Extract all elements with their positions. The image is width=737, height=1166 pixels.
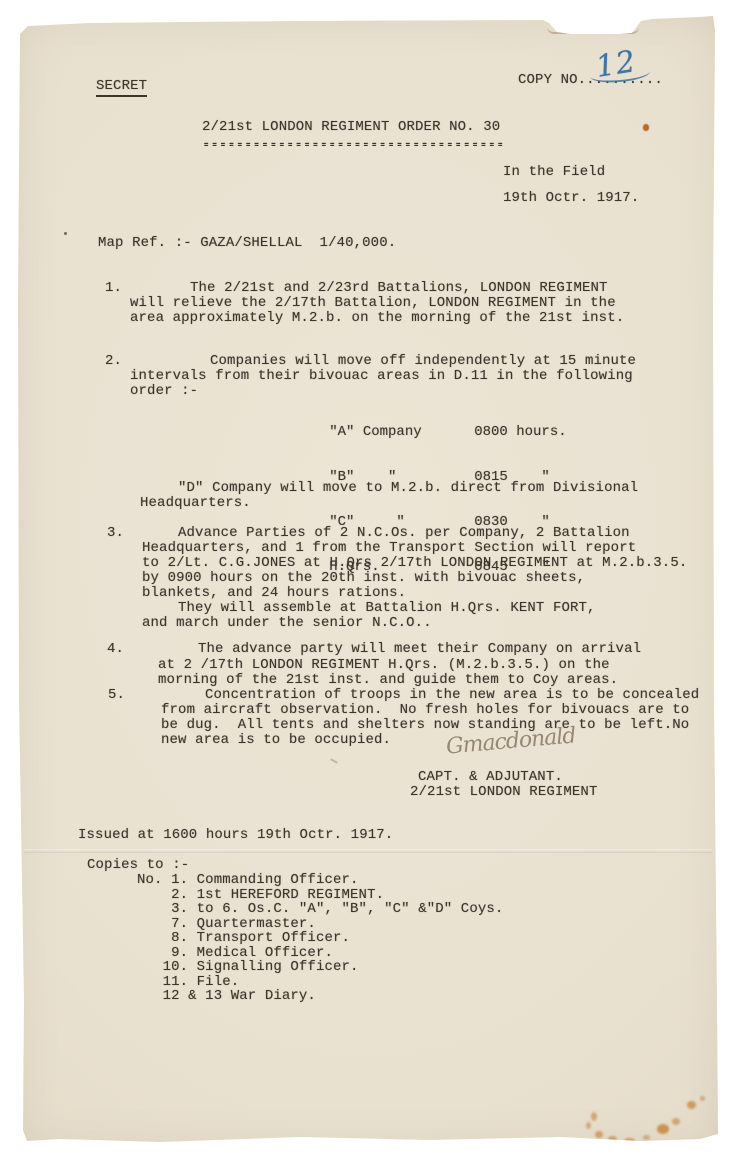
order-item-1: The 2/21st and 2/23rd Battalions, LONDON…	[130, 281, 624, 326]
copies-item: 9. Medical Officer.	[137, 946, 503, 961]
stain-dot	[700, 1096, 705, 1101]
classification-stamp: SECRET	[96, 79, 147, 97]
text-line: blankets, and 24 hours rations.	[142, 586, 687, 601]
copies-item: 12 & 13 War Diary.	[137, 989, 503, 1004]
map-reference: Map Ref. :- GAZA/SHELLAL 1/40,000.	[98, 236, 396, 251]
order-item-5: Concentration of troops in the new area …	[161, 688, 699, 748]
text-line: will relieve the 2/17th Battalion, LONDO…	[130, 296, 624, 311]
item-number: 1.	[105, 281, 122, 296]
copies-item: 7. Quartermaster.	[137, 917, 503, 932]
stain-dot	[624, 1138, 635, 1144]
item-number: 4.	[107, 642, 124, 657]
stain-dot	[591, 1112, 597, 1121]
fold-crease	[24, 849, 712, 853]
text-line: Companies will move off independently at…	[130, 354, 636, 369]
order-item-2: Companies will move off independently at…	[130, 354, 636, 399]
text-line: Headquarters, and 1 from the Transport S…	[142, 541, 687, 556]
copies-item: 3. to 6. Os.C. "A", "B", "C" &"D" Coys.	[137, 902, 503, 917]
text-line: from aircraft observation. No fresh hole…	[161, 703, 699, 718]
signature-rank-line: CAPT. & ADJUTANT.	[418, 770, 563, 785]
text-line: They will assemble at Battalion H.Qrs. K…	[142, 601, 687, 616]
stain-dot	[608, 1136, 617, 1142]
text-line: by 0900 hours on the 20th inst. with biv…	[142, 571, 687, 586]
copies-item: 2. 1st HEREFORD REGIMENT.	[137, 888, 503, 903]
item-number: 2.	[105, 354, 122, 369]
copies-item: 10. Signalling Officer.	[137, 960, 503, 975]
text-line: Advance Parties of 2 N.C.Os. per Company…	[142, 526, 687, 541]
copies-item: 8. Transport Officer.	[137, 931, 503, 946]
schedule-unit: "A" Company	[329, 425, 474, 440]
document-page: SECRET COPY NO.......... 2/21st LONDON R…	[0, 0, 737, 1166]
stain-dot	[672, 1118, 680, 1125]
text-line: order :-	[130, 384, 636, 399]
paper-notch-crease	[547, 27, 639, 34]
text-line: area approximately M.2.b. on the morning…	[130, 311, 624, 326]
paper-speck	[330, 758, 338, 764]
text-line: Headquarters.	[140, 496, 638, 511]
copies-item: No. 1. Commanding Officer.	[137, 873, 503, 888]
paper-speck	[64, 232, 67, 235]
issued-line: Issued at 1600 hours 19th Octr. 1917.	[78, 828, 393, 843]
copies-list: No. 1. Commanding Officer. 2. 1st HEREFO…	[137, 873, 503, 1004]
scan-background: SECRET COPY NO.......... 2/21st LONDON R…	[0, 0, 737, 1166]
schedule-row: "A" Company0800 hours.	[262, 410, 567, 455]
order-item-3: Advance Parties of 2 N.C.Os. per Company…	[142, 526, 687, 631]
page-title: 2/21st LONDON REGIMENT ORDER NO. 30	[202, 120, 500, 135]
copies-heading: Copies to :-	[87, 858, 189, 873]
date-line: 19th Octr. 1917.	[503, 191, 639, 206]
text-line: at 2 /17th LONDON REGIMENT H.Qrs. (M.2.b…	[158, 658, 641, 674]
text-line: new area is to be occupied.	[161, 733, 699, 748]
text-line: Concentration of troops in the new area …	[161, 688, 699, 703]
item-number: 3.	[107, 526, 124, 541]
text-line: to 2/Lt. C.G.JONES at H.Qrs 2/17th LONDO…	[142, 556, 687, 571]
text-line: "D" Company will move to M.2.b. direct f…	[140, 481, 638, 496]
title-underline: ------------------------------------	[202, 137, 504, 152]
stain-dot	[643, 1135, 650, 1140]
item-number: 5.	[108, 688, 125, 703]
stain-dot	[657, 1124, 669, 1134]
d-company-paragraph: "D" Company will move to M.2.b. direct f…	[140, 481, 638, 511]
ink-speck	[643, 124, 649, 131]
place-line: In the Field	[503, 165, 605, 180]
schedule-time: 0800 hours.	[474, 424, 566, 440]
order-item-4: The advance party will meet their Compan…	[158, 642, 641, 689]
text-line: intervals from their bivouac areas in D.…	[130, 369, 636, 384]
signature-unit-line: 2/21st LONDON REGIMENT	[410, 785, 597, 800]
stain-dot	[586, 1122, 591, 1129]
copies-item: 11. File.	[137, 975, 503, 990]
stain-dot	[687, 1101, 696, 1109]
stain-dot	[595, 1131, 603, 1138]
text-line: and march under the senior N.C.O..	[142, 616, 687, 631]
text-line: The 2/21st and 2/23rd Battalions, LONDON…	[130, 281, 624, 296]
text-line: be dug. All tents and shelters now stand…	[161, 718, 699, 733]
text-line: The advance party will meet their Compan…	[158, 642, 641, 658]
